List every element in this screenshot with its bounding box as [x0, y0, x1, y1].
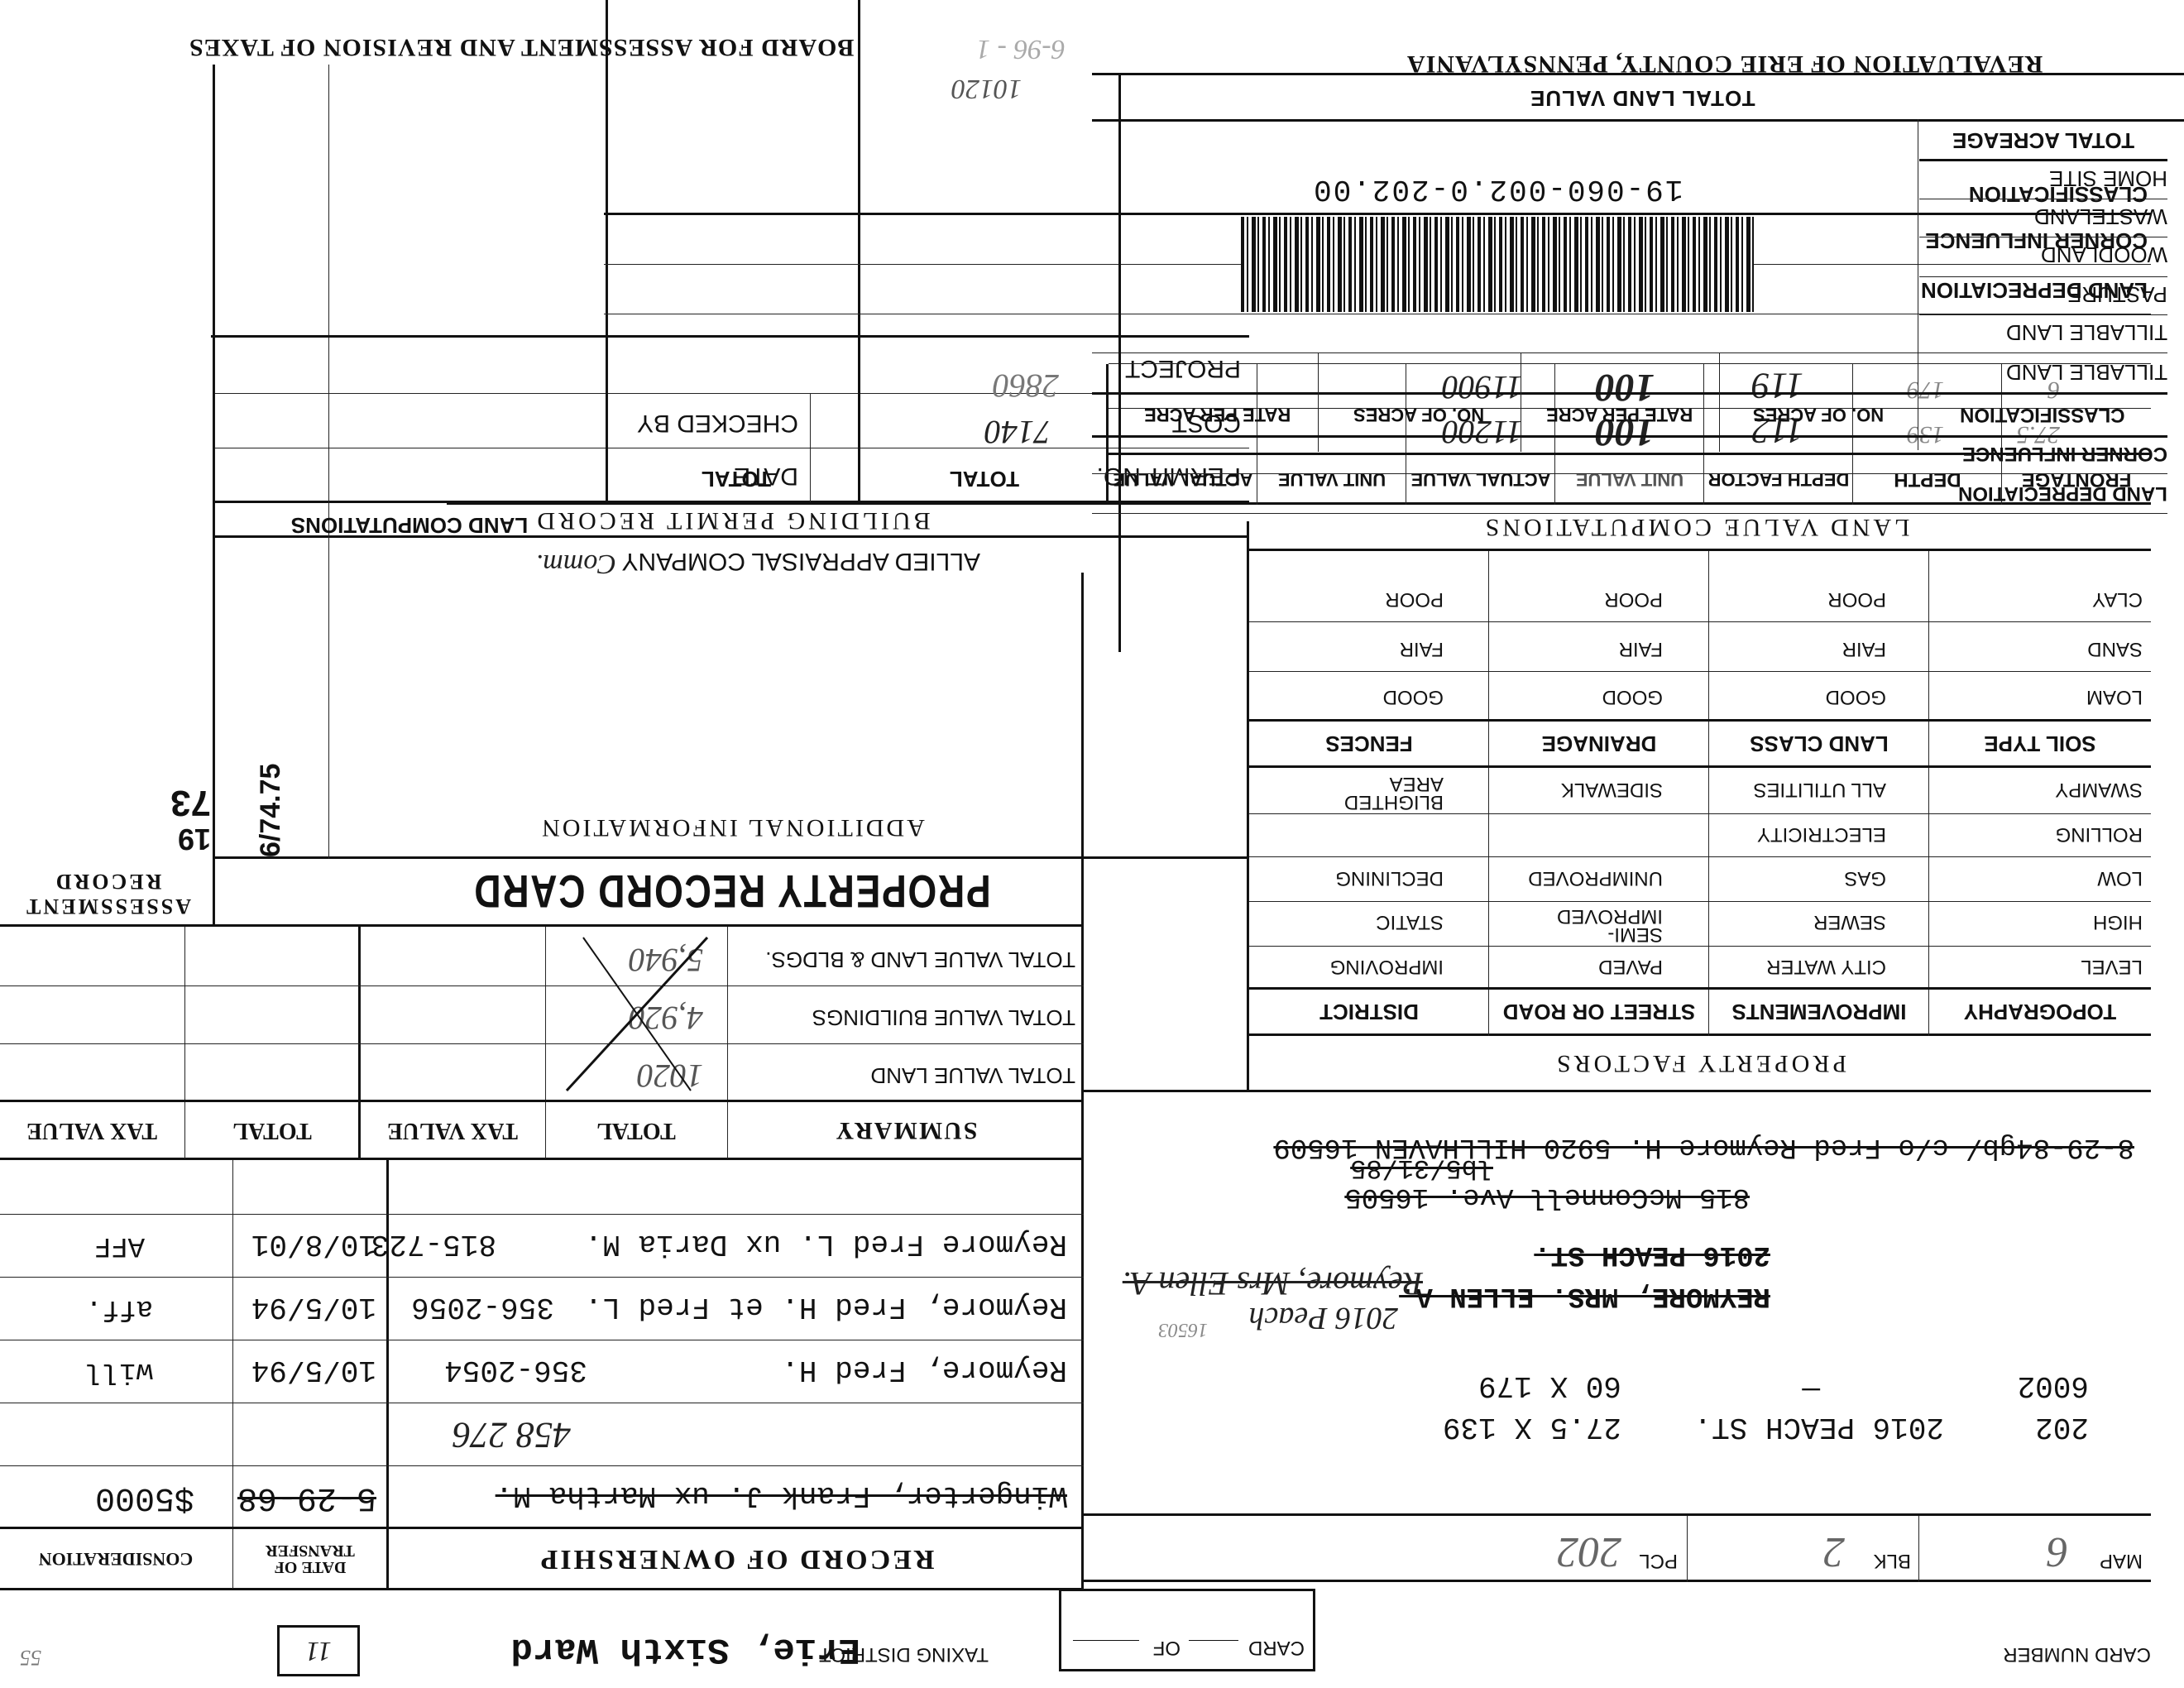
date-of-transfer-header: DATE OF TRANSFER — [233, 1529, 387, 1589]
card-number-label: CARD NUMBER — [2003, 1643, 2151, 1665]
corner-influence-row: CORNER INFLUENCE — [1928, 442, 2167, 465]
box-mark: 11 — [277, 1625, 360, 1676]
owner-entry: lb5/31/85 — [1350, 1153, 1493, 1183]
factor-header-street: STREET OR ROAD — [1489, 991, 1709, 1033]
summary-row-label: TOTAL VALUE LAND — [870, 1062, 1075, 1088]
property-address-1: 2016 PEACH ST. — [1694, 1410, 1944, 1444]
factor-improving: IMPROVING — [1330, 955, 1444, 978]
land-computations-title: LAND COMPUTATIONS — [211, 505, 608, 546]
fences-poor: POOR — [1385, 587, 1444, 611]
owner-entry: 815 McConnell Ave. 16505 — [1344, 1181, 1750, 1212]
factor-city-water: CITY WATER — [1766, 955, 1886, 978]
board-title: BOARD FOR ASSESSMENT AND REVISION OF TAX… — [186, 33, 856, 61]
total-land-value-label: TOTAL LAND VALUE — [1117, 76, 2167, 119]
factor-electricity: ELECTRICITY — [1757, 822, 1886, 846]
factor-level: LEVEL — [2081, 955, 2143, 978]
corner-mark: 55 — [20, 1645, 41, 1670]
crossout-mark — [550, 929, 724, 1099]
factor-sidewalk: SIDEWALK — [1561, 778, 1663, 801]
card-title: PROPERTY RECORD CARD — [215, 859, 1249, 925]
factor-unimproved: UNIMPROVED — [1528, 866, 1663, 890]
transfer-date: 10/8/01 — [251, 1227, 376, 1261]
consideration: AFF — [94, 1230, 145, 1261]
card-of-box: CARD OF — [1059, 1589, 1315, 1671]
no-of-acres-header-2: NO. OF ACRES — [1319, 396, 1518, 434]
class-tillable-land: TILLABLE LAND — [1928, 319, 2167, 345]
class-tillable-land-2: TILLABLE LAND — [1928, 359, 2167, 385]
owner-name: Reymore, Fred H. — [781, 1353, 1067, 1387]
factor-all-utilities: ALL UTILITIES — [1754, 778, 1887, 801]
class-wasteland: WASTELAND — [1928, 204, 2167, 229]
factor-semi-improved: SEMI-IMPROVED — [1547, 907, 1663, 943]
card-label: CARD — [1248, 1636, 1305, 1659]
factor-loam: LOAM — [2086, 685, 2143, 708]
lv-header-unit-value-2: UNIT VALUE — [1257, 456, 1406, 502]
owner-entry: REYMORE, MRS. ELLEN A. — [1399, 1280, 1770, 1312]
summary-row-label: TOTAL VALUE BUILDINGS — [812, 1005, 1075, 1030]
pcl-label: PCL — [1639, 1549, 1678, 1572]
drainage-fair: FAIR — [1619, 637, 1663, 660]
factor-low: LOW — [2097, 866, 2143, 890]
lv-header-unit-value: UNIT VALUE — [1555, 456, 1704, 502]
handwritten-comm-note: Comm. — [536, 548, 616, 579]
land-comp-total-header: TOTAL — [860, 456, 1109, 502]
stamp-date: 6/74.75 — [255, 750, 281, 857]
blk-value: 2 — [1823, 1527, 1845, 1576]
factor-header-fences: FENCES — [1249, 723, 1489, 765]
transfer-date: 10/5/94 — [251, 1290, 376, 1324]
ownership-row: Wingerter, Frank J. ux Martha M. 5-29-68… — [0, 1466, 1084, 1527]
deed-book-page: 356-2054 — [444, 1353, 587, 1387]
rate-per-acre-header-2: RATE PER ACRE — [1118, 396, 1317, 434]
owner-name: Reymore, Fred H. et Fred L. — [585, 1290, 1067, 1324]
land-comp-total-7140: 7140 — [984, 413, 1051, 452]
handwritten-address: 2016 Peach — [1249, 1300, 1398, 1336]
taxing-district-value: Erie, Sixth Ward — [511, 1628, 860, 1670]
land-class-fair: FAIR — [1842, 637, 1886, 660]
deed-book-page: 458 276 — [453, 1414, 571, 1456]
property-record-card: CARD NUMBER CARD OF TAXING DISTRICT Erie… — [0, 0, 2184, 1688]
taxing-district-label: TAXING DISTRICT — [881, 1643, 989, 1665]
class-woodland: WOODLAND — [1928, 242, 2167, 267]
transfer-date: 5-29-68 — [237, 1479, 376, 1516]
handwritten-owner: Reymore, Mrs Ellen A. — [1123, 1264, 1423, 1303]
consideration: $5000 — [95, 1479, 194, 1516]
lv-header-actual-value-2: ACTUAL VALUE — [1109, 456, 1257, 502]
class-home-site: HOME SITE — [1928, 165, 2167, 191]
ownership-title: RECORD OF OWNERSHIP — [389, 1529, 1084, 1589]
factor-header-land-class: LAND CLASS — [1709, 723, 1929, 765]
ownership-row: Reymore, Fred H. 356-2054 10/5/94 will — [0, 1340, 1084, 1402]
property-factors-title: PROPERTY FACTORS — [1249, 1036, 2151, 1091]
factor-gas: GAS — [1844, 866, 1886, 890]
rate-per-acre-header: RATE PER ACRE — [1522, 396, 1717, 434]
factor-rolling: ROLLING — [2056, 822, 2143, 846]
handwritten-top-note: 6-96 - 1 — [976, 33, 1066, 65]
summary-total2-header: TOTAL — [185, 1102, 359, 1158]
ownership-row: Reymore, Fred H. et Fred L. 356-2056 10/… — [0, 1278, 1084, 1339]
fences-fair: FAIR — [1400, 637, 1444, 660]
assessment-year-prefix: 19 — [161, 823, 211, 856]
summary-total-header: TOTAL — [546, 1102, 726, 1158]
parcel-id-text: 19-060-002.0-202.00 — [1241, 172, 1754, 205]
transfer-date: 10/5/94 — [251, 1353, 376, 1387]
factor-header-soil-type: SOIL TYPE — [1929, 723, 2151, 765]
summary-tax-value2-header: TAX VALUE — [0, 1102, 184, 1158]
summary-row-label: TOTAL VALUE LAND & BLDGS. — [765, 947, 1075, 972]
land-comp-total-2860: 2860 — [993, 367, 1059, 405]
summary-title: SUMMARY — [728, 1102, 1084, 1158]
lot-dimensions-2: 60 X 179 — [1478, 1369, 1621, 1403]
factor-paved: PAVED — [1598, 955, 1663, 978]
total-land-value-handwritten: 10120 — [951, 73, 1022, 104]
land-comp-total2-header: TOTAL — [612, 456, 860, 502]
factor-declining: DECLINING — [1335, 866, 1444, 890]
assessment-record-title: ASSESSMENT RECORD — [0, 869, 215, 918]
class-pasture: PASTURE — [1928, 281, 2167, 307]
owner-name: Wingerter, Frank J. ux Martha M. — [496, 1479, 1067, 1513]
consideration-header: CONSIDERATION — [0, 1529, 232, 1589]
factor-swampy: SWAMPY — [2055, 778, 2143, 801]
consideration: aff. — [85, 1292, 153, 1324]
factor-high: HIGH — [2093, 910, 2143, 933]
land-class-poor: POOR — [1827, 587, 1886, 611]
barcode — [1241, 217, 1754, 312]
consideration: will — [85, 1355, 153, 1387]
owner-name: Reymore Fred L. ux Daria M. — [585, 1227, 1067, 1261]
lot-dimensions-1: 27.5 X 139 — [1443, 1410, 1621, 1444]
ownership-row: 458 276 — [0, 1403, 1084, 1465]
allied-appraisal-company: ALLIED APPRAISAL COMPANY — [622, 547, 981, 575]
of-label: OF — [1153, 1636, 1181, 1659]
factor-header-improvements: IMPROVEMENTS — [1709, 991, 1929, 1033]
factor-blighted-area: BLIGHTED AREA — [1336, 774, 1444, 811]
total-acreage-label: TOTAL ACREAGE — [1919, 122, 2167, 157]
checked-by-label: CHECKED BY — [637, 409, 798, 437]
factor-static: STATIC — [1376, 910, 1444, 933]
no-of-acres-header: NO. OF ACRES — [1721, 396, 1916, 434]
deed-book-page: 356-2056 — [411, 1290, 554, 1324]
factor-header-drainage: DRAINAGE — [1489, 723, 1709, 765]
drainage-poor: POOR — [1604, 587, 1663, 611]
map-value: 6 — [2047, 1527, 2068, 1576]
fences-good: GOOD — [1383, 685, 1444, 708]
summary-tax-value-header: TAX VALUE — [361, 1102, 544, 1158]
drainage-good: GOOD — [1602, 685, 1663, 708]
additional-info-title: ADDITIONAL INFORMATION — [215, 803, 1249, 852]
factor-clay: CLAY — [2092, 587, 2143, 611]
project-label: PROJECT — [1125, 354, 1241, 382]
factor-sewer: SEWER — [1813, 910, 1886, 933]
assessment-year: 73 — [161, 774, 211, 823]
classification-header: CLASSIFICATION — [1918, 396, 2167, 434]
ownership-row: Reymore Fred L. ux Daria M. 815-723 10/8… — [0, 1215, 1084, 1276]
deed-book-page: 815-723 — [371, 1227, 496, 1261]
land-depreciation-row: LAND DEPRECIATION — [1928, 482, 2167, 505]
map-label: MAP — [2100, 1549, 2143, 1572]
property-address-2: — — [1802, 1373, 1820, 1407]
owner-entry: 2016 PEACH ST. — [1534, 1239, 1770, 1270]
factor-header-district: DISTRICT — [1249, 991, 1489, 1033]
land-class-good: GOOD — [1826, 685, 1886, 708]
blk-label: BLK — [1874, 1549, 1911, 1572]
parcel-code-1: 202 — [2035, 1410, 2089, 1444]
factor-header-topography: TOPOGRAPHY — [1929, 991, 2151, 1033]
parcel-code-2: 6002 — [2018, 1369, 2089, 1403]
lv-header-depth-factor: DEPTH FACTOR — [1704, 456, 1853, 502]
lv-header-actual-value: ACTUAL VALUE — [1406, 456, 1555, 502]
factor-sand: SAND — [2087, 637, 2143, 660]
pcl-value: 202 — [1557, 1527, 1621, 1576]
handwritten-zip: 16503 — [1158, 1318, 1208, 1340]
